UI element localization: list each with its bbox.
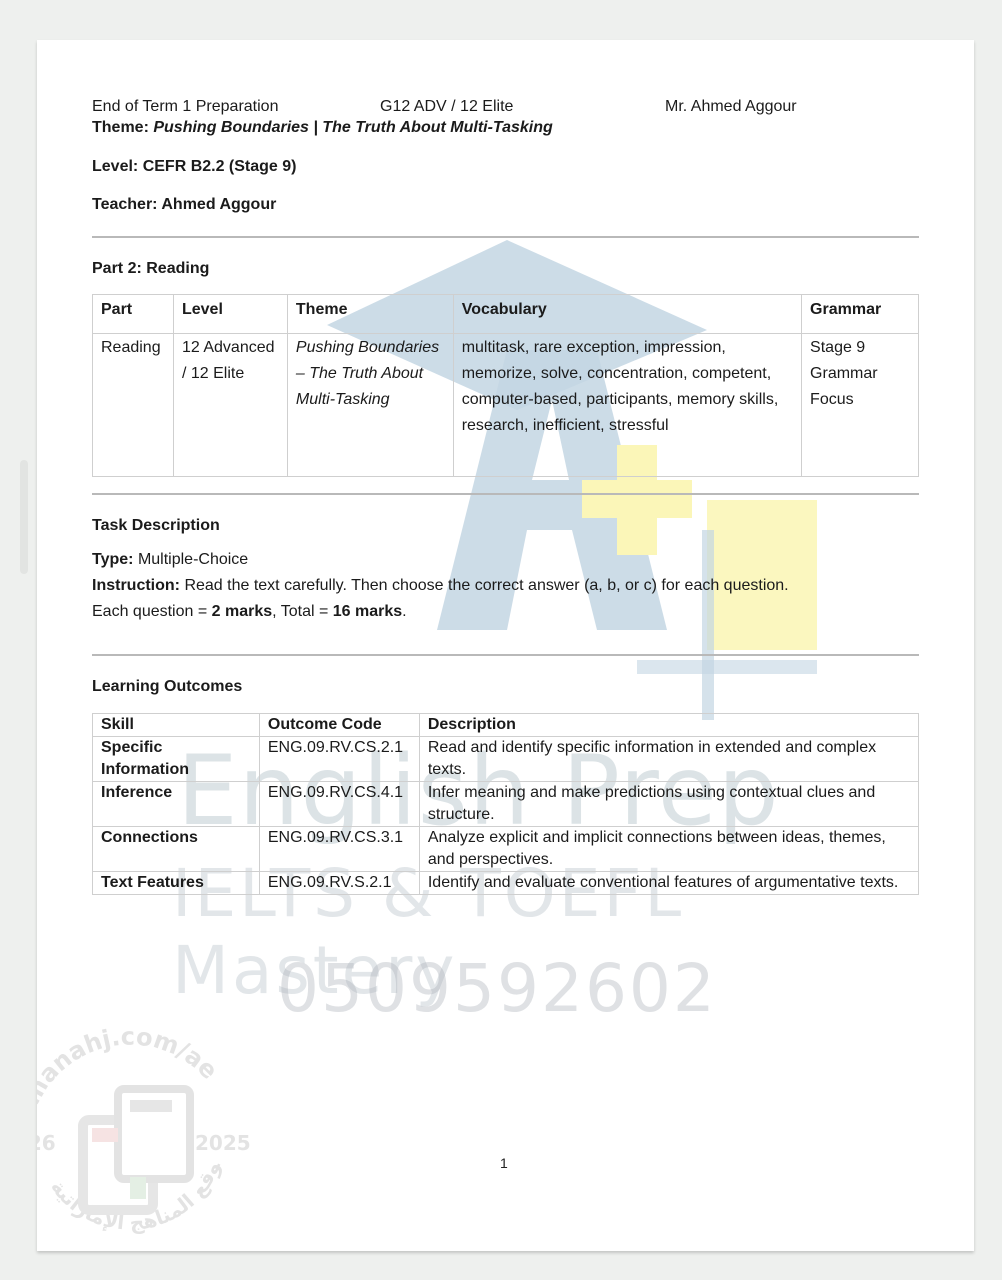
task-instruction-line: Instruction: Read the text carefully. Th… bbox=[92, 573, 919, 599]
column-header: Theme bbox=[287, 295, 453, 334]
column-header: Vocabulary bbox=[453, 295, 801, 334]
cell-part: Reading bbox=[93, 334, 174, 477]
svg-text:almanahj.com/ae: almanahj.com/ae bbox=[37, 1025, 223, 1131]
cell-code: ENG.09.RV.CS.2.1 bbox=[259, 737, 419, 782]
cell-description: Analyze explicit and implicit connection… bbox=[419, 827, 918, 872]
task-title: Task Description bbox=[92, 517, 919, 535]
table-header-row: Part Level Theme Vocabulary Grammar bbox=[93, 295, 919, 334]
task-instruction-value: Read the text carefully. Then choose the… bbox=[184, 577, 788, 594]
task-type-label: Type: bbox=[92, 551, 133, 568]
cell-skill: Specific Information bbox=[93, 737, 260, 782]
column-header: Description bbox=[419, 714, 918, 737]
cell-level: 12 Advanced / 12 Elite bbox=[173, 334, 287, 477]
cell-code: ENG.09.RV.CS.3.1 bbox=[259, 827, 419, 872]
level-line: Level: CEFR B2.2 (Stage 9) bbox=[92, 156, 919, 177]
cell-grammar: Stage 9 Grammar Focus bbox=[802, 334, 919, 477]
column-header: Grammar bbox=[802, 295, 919, 334]
cell-skill: Connections bbox=[93, 827, 260, 872]
header-left: End of Term 1 Preparation bbox=[92, 97, 380, 117]
cell-description: Identify and evaluate conventional featu… bbox=[419, 872, 918, 895]
cell-description: Read and identify specific information i… bbox=[419, 737, 918, 782]
header-middle: G12 ADV / 12 Elite bbox=[380, 97, 665, 117]
cell-code: ENG.09.RV.CS.4.1 bbox=[259, 782, 419, 827]
table-row: Text Features ENG.09.RV.S.2.1 Identify a… bbox=[93, 872, 919, 895]
task-type-value: Multiple-Choice bbox=[138, 551, 248, 568]
part2-title: Part 2: Reading bbox=[92, 260, 919, 278]
marks-prefix: Each question = bbox=[92, 603, 212, 620]
cell-theme: Pushing Boundaries – The Truth About Mul… bbox=[287, 334, 453, 477]
teacher-line: Teacher: Ahmed Aggour bbox=[92, 194, 919, 215]
header-right: Mr. Ahmed Aggour bbox=[665, 97, 797, 117]
document-header: End of Term 1 Preparation G12 ADV / 12 E… bbox=[92, 97, 919, 117]
divider bbox=[92, 654, 919, 656]
table-row: Specific Information ENG.09.RV.CS.2.1 Re… bbox=[93, 737, 919, 782]
marks-total: 16 marks bbox=[333, 603, 402, 620]
svg-text:2025: 2025 bbox=[195, 1131, 251, 1155]
table-header-row: Skill Outcome Code Description bbox=[93, 714, 919, 737]
column-header: Part bbox=[93, 295, 174, 334]
table-row: Inference ENG.09.RV.CS.4.1 Infer meaning… bbox=[93, 782, 919, 827]
cell-skill: Text Features bbox=[93, 872, 260, 895]
column-header: Outcome Code bbox=[259, 714, 419, 737]
scrollbar-handle[interactable] bbox=[20, 460, 28, 574]
cell-code: ENG.09.RV.S.2.1 bbox=[259, 872, 419, 895]
theme-line: Theme: Pushing Boundaries | The Truth Ab… bbox=[92, 117, 919, 139]
task-type-line: Type: Multiple-Choice bbox=[92, 547, 919, 573]
column-header: Level bbox=[173, 295, 287, 334]
page-number: 1 bbox=[500, 1155, 508, 1171]
almanahj-stamp-icon: almanahj.com/ae موقع المناهج الإماراتية … bbox=[37, 1025, 260, 1251]
task-instruction-label: Instruction: bbox=[92, 577, 180, 594]
table-row: Connections ENG.09.RV.CS.3.1 Analyze exp… bbox=[93, 827, 919, 872]
cell-description: Infer meaning and make predictions using… bbox=[419, 782, 918, 827]
outcomes-table: Skill Outcome Code Description Specific … bbox=[92, 713, 919, 895]
task-marks-line: Each question = 2 marks, Total = 16 mark… bbox=[92, 599, 919, 625]
theme-value: Pushing Boundaries | The Truth About Mul… bbox=[153, 119, 552, 136]
svg-text:2026: 2026 bbox=[37, 1131, 56, 1155]
svg-text:موقع المناهج الإماراتية: موقع المناهج الإماراتية bbox=[37, 1025, 225, 1235]
watermark-phone: 0509592602 bbox=[277, 950, 717, 1027]
reading-table: Part Level Theme Vocabulary Grammar Read… bbox=[92, 294, 919, 477]
divider bbox=[92, 236, 919, 238]
marks-suffix: . bbox=[402, 603, 406, 620]
cell-vocabulary: multitask, rare exception, impression, m… bbox=[453, 334, 801, 477]
theme-label: Theme: bbox=[92, 119, 149, 136]
table-row: Reading 12 Advanced / 12 Elite Pushing B… bbox=[93, 334, 919, 477]
column-header: Skill bbox=[93, 714, 260, 737]
outcomes-title: Learning Outcomes bbox=[92, 678, 919, 696]
marks-middle: , Total = bbox=[272, 603, 333, 620]
marks-each: 2 marks bbox=[212, 603, 273, 620]
cell-skill: Inference bbox=[93, 782, 260, 827]
divider bbox=[92, 493, 919, 495]
document-page: English Prep IELTS & TOEFL Mastery 05095… bbox=[37, 40, 974, 1251]
